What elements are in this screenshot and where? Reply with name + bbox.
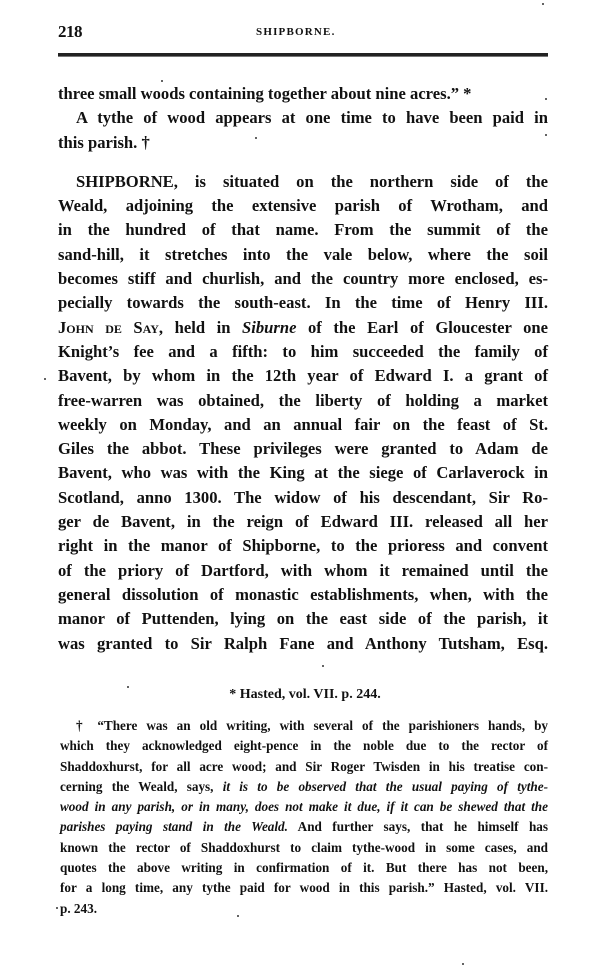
text-line: three small woods containing together ab… (58, 82, 548, 106)
scan-speck (161, 80, 163, 82)
footnote-line: known the rector of Shaddoxhurst to clai… (60, 838, 548, 858)
scan-speck (542, 3, 544, 5)
scan-speck (237, 915, 239, 917)
text-line: free-warren was obtained, the liberty of… (58, 389, 548, 413)
text-line: ger de Bavent, in the reign of Edward II… (58, 510, 548, 534)
text-line: was granted to Sir Ralph Fane and Anthon… (58, 632, 548, 656)
book-page: 218 SHIPBORNE. three small woods contain… (0, 0, 600, 972)
page-number: 218 (58, 22, 82, 42)
running-title: SHIPBORNE. (256, 26, 336, 38)
text-span: of the Earl of Gloucester one (296, 318, 548, 337)
body-text: three small woods containing together ab… (58, 82, 548, 656)
text-line: right in the manor of Shipborne, to the … (58, 534, 548, 558)
scan-speck (56, 907, 58, 909)
text-line: manor of Puttenden, lying on the east si… (58, 607, 548, 631)
text-span: cerning the Weald, says, (60, 779, 223, 794)
footnote-line: wood in any parish, or in many, does not… (60, 797, 548, 817)
footnote-star: * Hasted, vol. VII. p. 244. (60, 687, 550, 703)
text-line: becomes stiff and churlish, and the coun… (58, 267, 548, 291)
text-line: Scotland, anno 1300. The widow of his de… (58, 486, 548, 510)
footnote-line: Shaddoxhurst, for all acre wood; and Sir… (60, 757, 548, 777)
footnote-line: cerning the Weald, says, it is to be obs… (60, 777, 548, 797)
text-line: of the priory of Dartford, with whom it … (58, 559, 548, 583)
main-paragraph: SHIPBORNE, is situated on the northern s… (58, 170, 548, 656)
quoted-italic: parishes paying stand in the Weald. (60, 819, 288, 834)
text-line: Weald, adjoining the extensive parish of… (58, 194, 548, 218)
text-line: sand-hill, it stretches into the vale be… (58, 243, 548, 267)
text-line: weekly on Monday, and an annual fair on … (58, 413, 548, 437)
footnote-line: which they acknowledged eight-pence in t… (60, 736, 548, 756)
text-line: Bavent, who was with the King at the sie… (58, 461, 548, 485)
place-name: Siburne (242, 318, 296, 337)
scan-speck (322, 665, 324, 667)
scan-speck (545, 134, 547, 136)
person-name: John de Say, (58, 318, 163, 337)
text-line: this parish. † (58, 131, 548, 155)
footnote-line: † “There was an old writing, with severa… (60, 716, 548, 736)
scan-speck (462, 963, 464, 965)
text-line: Knight’s fee and a fifth: to him succeed… (58, 340, 548, 364)
quoted-italic: it is to be observed that the usual payi… (223, 779, 548, 794)
header-rule (58, 53, 548, 57)
scan-speck (44, 378, 46, 380)
scan-speck (255, 137, 257, 139)
running-head: 218 SHIPBORNE. (58, 22, 548, 42)
scan-speck (545, 98, 547, 100)
footnote-line: p. 243. (60, 899, 548, 919)
footnote-dagger: † “There was an old writing, with severa… (60, 716, 548, 919)
text-line: SHIPBORNE, is situated on the northern s… (58, 170, 548, 194)
text-line: Giles the abbot. These privileges were g… (58, 437, 548, 461)
text-line: in the hundred of that name. From the su… (58, 218, 548, 242)
footnote-line: parishes paying stand in the Weald. And … (60, 817, 548, 837)
text-line: Bavent, by whom in the 12th year of Edwa… (58, 364, 548, 388)
scan-speck (127, 686, 129, 688)
footnote-line: for a long time, any tythe paid for wood… (60, 878, 548, 898)
text-line: pecially towards the south-east. In the … (58, 291, 548, 315)
text-line: general dissolution of monastic establis… (58, 583, 548, 607)
text-span: And further says, that he himself has (288, 819, 548, 834)
text-line: A tythe of wood appears at one time to h… (58, 106, 548, 130)
text-line: John de Say, held in Siburne of the Earl… (58, 316, 548, 340)
text-span: held in (163, 318, 242, 337)
footnote-line: quotes the above writing in confirmation… (60, 858, 548, 878)
